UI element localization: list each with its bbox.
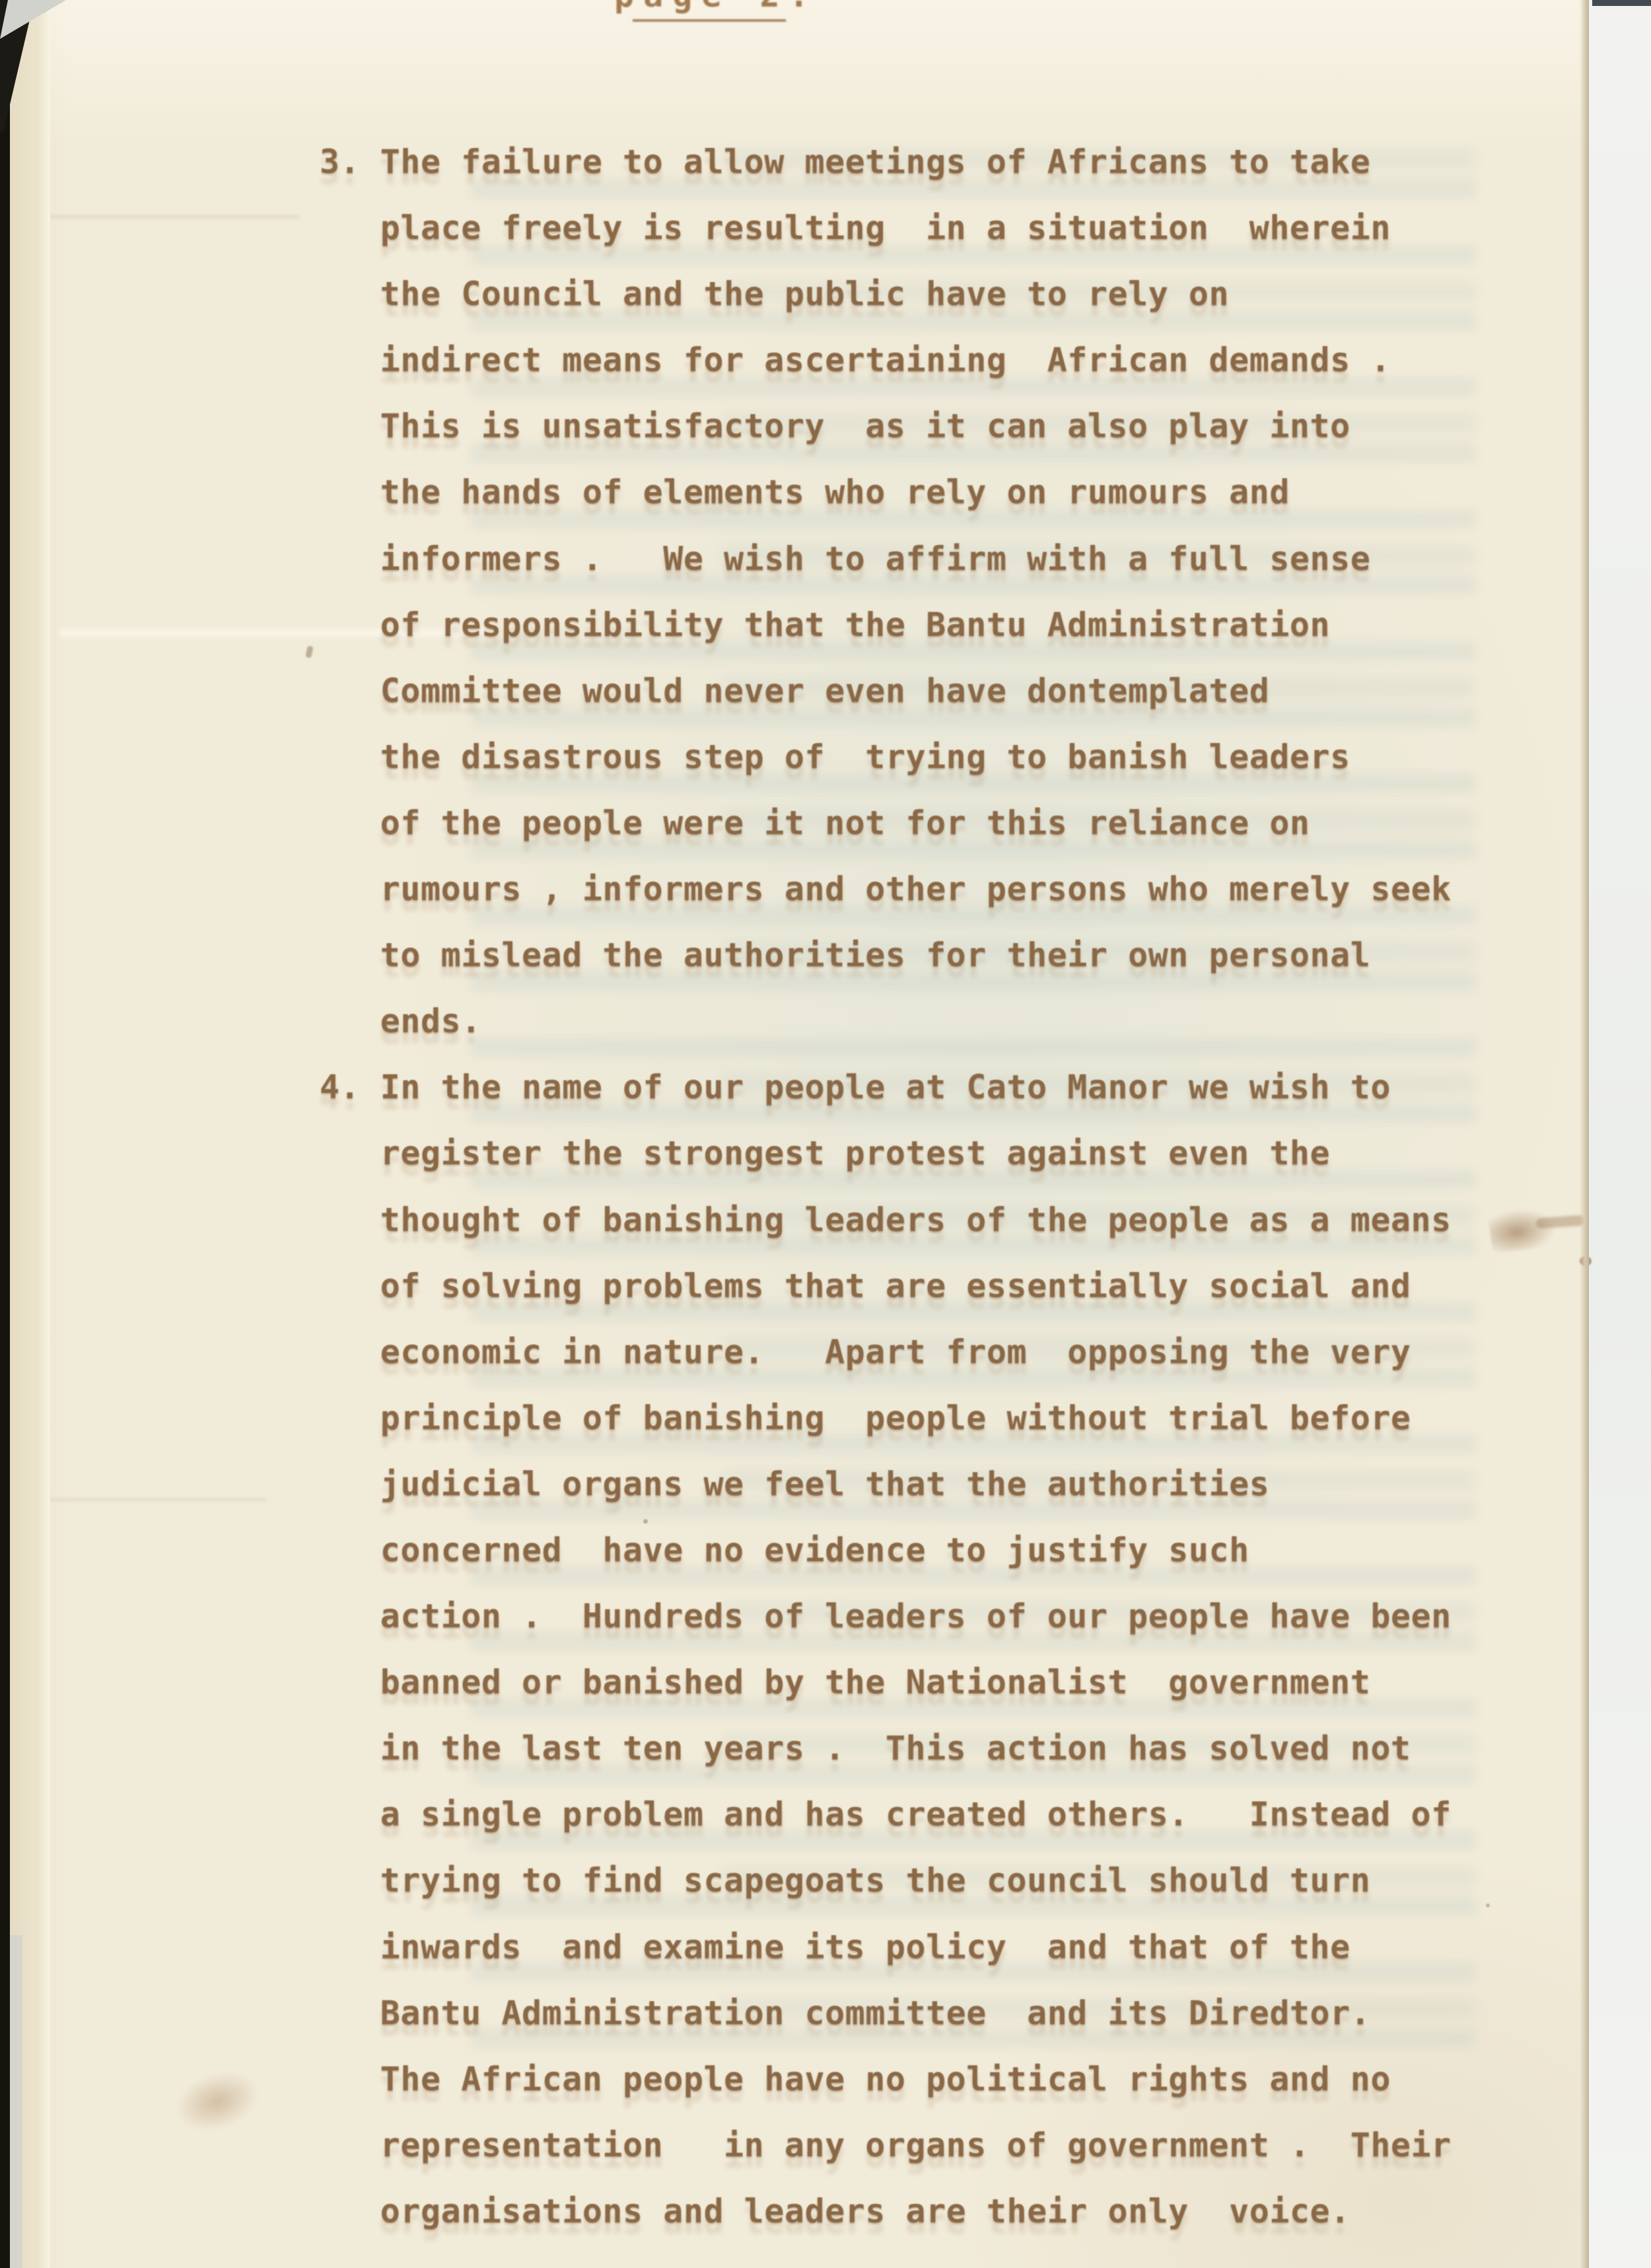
underlying-sheet-edge [9, 0, 50, 2268]
text-line: This is unsatisfactory as it can also pl… [320, 393, 1508, 459]
text-line: judicial organs we feel that the authori… [320, 1451, 1508, 1517]
paper-right-edge [1580, 0, 1589, 2268]
text-line: place freely is resulting in a situation… [320, 195, 1508, 261]
document-body: 3. The failure to allow meetings of Afri… [320, 129, 1508, 2244]
ink-speck [1486, 1903, 1490, 1907]
paper-crease [36, 215, 300, 219]
text-line: of responsibility that the Bantu Adminis… [320, 592, 1508, 658]
paper-sheet: page 2. 3. The failure to allow meetings… [9, 0, 1589, 2268]
text-line: concerned have no evidence to justify su… [320, 1517, 1508, 1583]
ink-smudge [1487, 1204, 1559, 1254]
text-line: ends. [320, 988, 1508, 1054]
text-line: organisations and leaders are their only… [320, 2178, 1508, 2244]
text-line: indirect means for ascertaining African … [320, 327, 1508, 393]
text-line: 3. The failure to allow meetings of Afri… [320, 129, 1508, 195]
text-line: The African people have no political rig… [320, 2046, 1508, 2112]
text-line: the disastrous step of trying to banish … [320, 724, 1508, 790]
text-line: 4. In the name of our people at Cato Man… [320, 1054, 1508, 1120]
underlying-sheet-shadow [9, 1935, 22, 2268]
text-line: principle of banishing people without tr… [320, 1385, 1508, 1451]
scanner-background [1578, 0, 1651, 2268]
text-line: inwards and examine its policy and that … [320, 1914, 1508, 1980]
text-line: of solving problems that are essentially… [320, 1253, 1508, 1319]
text-line: register the strongest protest against e… [320, 1120, 1508, 1186]
text-line: trying to find scapegoats the council sh… [320, 1847, 1508, 1913]
paper-stain [168, 2062, 267, 2141]
text-line: Bantu Administration committee and its D… [320, 1980, 1508, 2046]
text-line: action . Hundreds of leaders of our peop… [320, 1583, 1508, 1649]
text-line: a single problem and has created others.… [320, 1781, 1508, 1847]
text-line: thought of banishing leaders of the peop… [320, 1187, 1508, 1253]
ink-speck [305, 645, 314, 658]
text-line: informers . We wish to affirm with a ful… [320, 526, 1508, 592]
text-line: Committee would never even have dontempl… [320, 658, 1508, 724]
text-line: in the last ten years . This action has … [320, 1715, 1508, 1781]
text-line: economic in nature. Apart from opposing … [320, 1319, 1508, 1385]
text-line: to mislead the authorities for their own… [320, 922, 1508, 988]
page-number: page 2. [614, 0, 818, 15]
ink-speck [643, 1519, 648, 1524]
text-line: of the people were it not for this relia… [320, 790, 1508, 856]
paper-crease [49, 1498, 267, 1501]
text-line: the Council and the public have to rely … [320, 261, 1508, 327]
scanned-document-page: page 2. 3. The failure to allow meetings… [0, 0, 1651, 2268]
page-number-underline [633, 19, 786, 22]
text-line: representation in any organs of governme… [320, 2112, 1508, 2178]
text-line: the hands of elements who rely on rumour… [320, 459, 1508, 525]
scan-edge-shadow [0, 0, 10, 2268]
text-line: banned or banished by the Nationalist go… [320, 1649, 1508, 1715]
text-line: rumours , informers and other persons wh… [320, 856, 1508, 922]
scan-edge-top-right [1592, 0, 1651, 6]
